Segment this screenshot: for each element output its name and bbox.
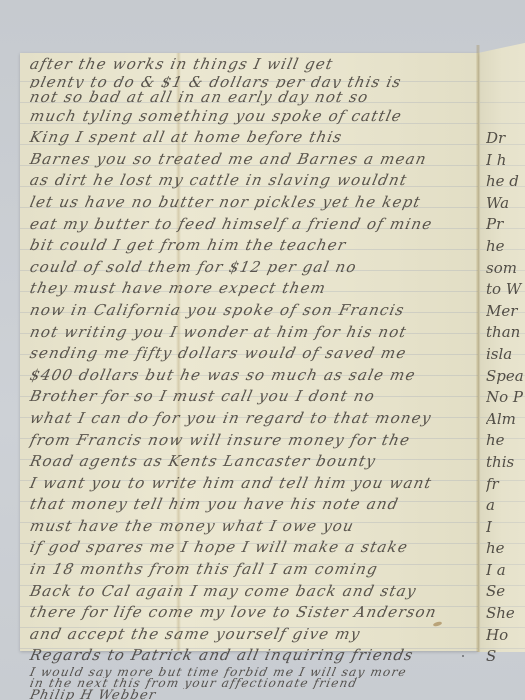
letter-line: $400 dollars but he was so much as sale … xyxy=(28,365,473,387)
page-fold-edge xyxy=(476,45,480,652)
facing-fragment: a xyxy=(486,495,525,517)
facing-page-text: Dr I h he d Wa Pr he som to W Mer than i… xyxy=(486,128,525,668)
facing-fragment: this xyxy=(486,452,525,474)
letter-line: in the next this from your affectionate … xyxy=(29,678,471,689)
facing-fragment: She xyxy=(486,603,525,625)
dust-speck xyxy=(462,655,464,657)
letter-line: Regards to Patrick and all inquiring fri… xyxy=(28,645,473,667)
letter-line: not so bad at all in an early day not so xyxy=(28,88,472,106)
letter-line: Road agents as Kents Lancaster bounty xyxy=(28,451,473,473)
facing-fragment: to W xyxy=(486,279,525,301)
letter-line: Back to Cal again I may come back and st… xyxy=(28,581,473,603)
letter-line: King I spent all at home before this xyxy=(28,127,473,149)
letter-line: sending me fifty dollars would of saved … xyxy=(28,343,473,365)
facing-fragment: No P xyxy=(486,387,525,409)
facing-fragment: Pr xyxy=(486,214,525,236)
letter-line: Barnes you so treated me and Barnes a me… xyxy=(28,149,473,171)
facing-fragment: he xyxy=(486,236,525,258)
facing-fragment: Ho xyxy=(486,625,525,647)
facing-fragment: I a xyxy=(486,560,525,582)
letter-line: from Francis now will insure money for t… xyxy=(28,430,473,452)
facing-fragment: Spea xyxy=(486,366,525,388)
facing-fragment: he xyxy=(486,538,525,560)
letter-line: eat my butter to feed himself a friend o… xyxy=(28,214,473,236)
facing-fragment: I xyxy=(486,517,525,539)
facing-fragment: Alm xyxy=(486,409,525,431)
letter-line: as dirt he lost my cattle in slaving wou… xyxy=(28,170,473,192)
facing-fragment: Dr xyxy=(486,128,525,150)
facing-fragment: som xyxy=(486,258,525,280)
letter-text: after the works in things I will get ple… xyxy=(30,54,470,700)
letter-line: there for life come my love to Sister An… xyxy=(28,602,473,624)
letter-line: after the works in things I will get xyxy=(28,54,473,76)
facing-fragment: he xyxy=(486,430,525,452)
letter-line: bit could I get from him the teacher xyxy=(28,235,473,257)
facing-fragment: than xyxy=(486,322,525,344)
letter-line: I want you to write him and tell him you… xyxy=(28,473,473,495)
letter-line: now in California you spoke of son Franc… xyxy=(28,300,473,322)
facing-fragment: he d xyxy=(486,171,525,193)
letter-line: and accept the same yourself give my xyxy=(28,624,473,646)
letter-line: plenty to do & $1 & dollars per day this… xyxy=(29,76,472,88)
letter-line: I would say more but time forbid me I wi… xyxy=(29,667,471,678)
facing-fragment: isla xyxy=(486,344,525,366)
facing-fragment: S xyxy=(486,646,525,668)
letter-line: that money tell him you have his note an… xyxy=(28,494,473,516)
letter-line: what I can do for you in regard to that … xyxy=(28,408,473,430)
facing-fragment: Mer xyxy=(486,301,525,323)
letter-line: must have the money what I owe you xyxy=(28,516,473,538)
facing-fragment: Se xyxy=(486,581,525,603)
letter-signature: Philip H Webber xyxy=(29,689,472,700)
facing-fragment: I h xyxy=(486,150,525,172)
letter-line: Brother for so I must call you I dont no xyxy=(28,386,473,408)
letter-line: could of sold them for $12 per gal no xyxy=(28,257,473,279)
letter-line: they must have more expect them xyxy=(28,278,473,300)
letter-line: not writing you I wonder at him for his … xyxy=(28,322,473,344)
letter-line: much tyling something you spoke of cattl… xyxy=(28,106,473,128)
letter-line: if god spares me I hope I will make a st… xyxy=(28,537,473,559)
letter-line: in 18 months from this fall I am coming xyxy=(28,559,473,581)
facing-fragment: fr xyxy=(486,474,525,496)
facing-fragment: Wa xyxy=(486,193,525,215)
letter-line: let us have no butter nor pickles yet he… xyxy=(28,192,473,214)
